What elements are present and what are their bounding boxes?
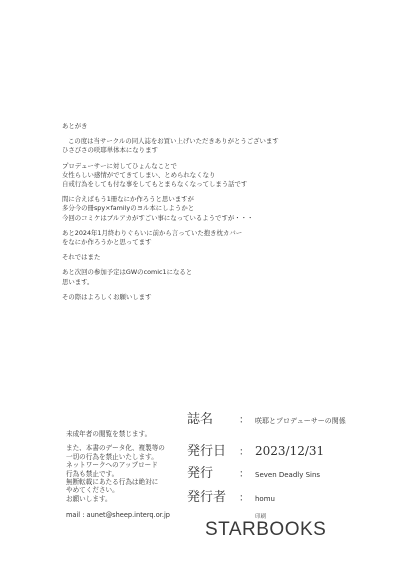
colophon-title-row: 誌名 ： 咲耶とプロデューサーの関係 xyxy=(187,408,346,427)
separator: ： xyxy=(233,443,255,458)
notice-line: 行為も禁止です。 xyxy=(66,470,196,478)
afterword-line: をなにか作ろうかと思ってます xyxy=(62,238,362,247)
author-value: homu xyxy=(255,495,275,503)
notice-line: 無断転載にあたる行為は絶対に xyxy=(66,478,196,486)
title-label: 誌名 xyxy=(187,408,233,427)
printer-name: STARBOOKS xyxy=(205,519,326,541)
afterword-line: それではまた xyxy=(62,253,362,262)
afterword-line: 今回のコミケはブルアカがすごい事になっているようですが・・・ xyxy=(62,214,362,223)
separator: ： xyxy=(233,411,255,426)
afterword-title: あとがき xyxy=(62,122,362,131)
colophon-publisher-row: 発行 ： Seven Deadly Sins xyxy=(187,462,320,481)
colophon-date-row: 発行日 ： 2023/12/31 xyxy=(187,440,324,459)
notice-line: 未成年者の閲覧を禁じます。 xyxy=(66,430,196,438)
notice-line: ネットワークへのアップロード xyxy=(66,461,196,469)
afterword-line: 自戒行為をしても付な事をしてもとまらなくなってしまう話です xyxy=(62,180,362,189)
date-value: 2023/12/31 xyxy=(255,444,324,458)
separator: ： xyxy=(233,489,255,504)
notice-line: また、本書のデータ化、複製等の xyxy=(66,444,196,452)
afterword-line: 思います。 xyxy=(62,278,362,287)
afterword-line: あと2024年1月終わりぐらいに前から言っていた抱き枕カバー xyxy=(62,229,362,238)
afterword-line: ひさびさの咲耶単体本になります xyxy=(62,146,362,155)
date-label: 発行日 xyxy=(187,440,233,459)
title-value: 咲耶とプロデューサーの関係 xyxy=(255,416,346,426)
colophon-author-row: 発行者 ： homu xyxy=(187,486,275,505)
afterword-line: 多分今の冊spy×familyのヨル本にしようかと xyxy=(62,204,362,213)
afterword: あとがき この度は当サークルの同人誌をお買い上げいただきありがとうございます ひ… xyxy=(62,122,362,302)
notice-line: 一切の行為を禁止いたします。 xyxy=(66,453,196,461)
afterword-line: プロデューサーに対してひょんなことで xyxy=(62,162,362,171)
notice-line: お願いします。 xyxy=(66,495,196,503)
afterword-line: 女性らしい感情がでてきてしまい、とめられなくなり xyxy=(62,171,362,180)
legal-notice: 未成年者の閲覧を禁じます。 また、本書のデータ化、複製等の 一切の行為を禁止いた… xyxy=(66,430,196,520)
contact-email: mail : aunet@sheep.interq.or.jp xyxy=(66,511,196,519)
afterword-line: あと次回の参加予定はGWのcomic1になると xyxy=(62,268,362,277)
publisher-value: Seven Deadly Sins xyxy=(255,471,320,479)
notice-line: やめてください。 xyxy=(66,486,196,494)
author-label: 発行者 xyxy=(187,486,233,505)
afterword-line: その際はよろしくお願いします xyxy=(62,293,362,302)
publisher-label: 発行 xyxy=(187,462,233,481)
separator: ： xyxy=(233,465,255,480)
